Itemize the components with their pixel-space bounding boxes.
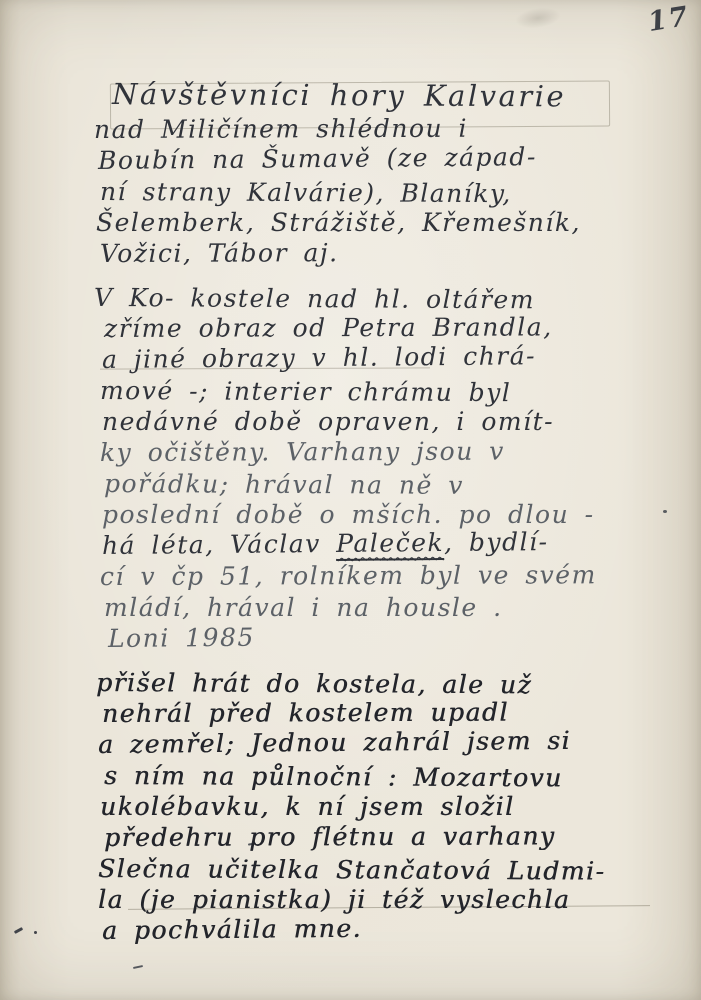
text-segment: poslední době o mších. po dlou - [102, 500, 595, 529]
text-segment: ky očištěny. Varhany jsou v [100, 437, 505, 467]
text-segment: Slečna učitelka Stančatová Ludmi- [98, 854, 605, 886]
text-segment: s ním na půlnoční : Mozartovu [104, 761, 563, 792]
text-segment: a pochválila mne. [102, 914, 362, 945]
text-segment: Vožici, Tábor aj. [100, 238, 339, 268]
text-segment: přišel hrát do kostela, ale už [96, 668, 532, 699]
paragraph: V Ko- kostele nad hl. oltářemzříme obraz… [94, 282, 642, 654]
text-segment: Loni 1985 [108, 623, 255, 653]
text-segment: , bydlí- [444, 527, 549, 557]
text-segment: Návštěvníci hory Kalvarie [112, 77, 566, 113]
page-number: 17 [646, 1, 692, 38]
handwritten-line: há léta, Václav Paleček, bydlí- [102, 525, 642, 561]
text-segment: la (je pianistka) ji též vyslechla [98, 885, 570, 914]
ink-speck [663, 510, 667, 513]
handwritten-line: ukolébavku, k ní jsem složil [100, 791, 642, 822]
text-segment: mové -; interier chrámu byl [100, 376, 512, 407]
text-segment: a jiné obrazy v hl. lodi chrá- [102, 341, 536, 374]
ink-speck [133, 965, 143, 969]
text-segment: nehrál před kostelem upadl [102, 698, 509, 728]
handwritten-line: Šelemberk, Strážiště, Křemešník, [96, 207, 642, 238]
handwritten-line: předehru pro flétnu a varhany [104, 820, 642, 853]
ink-speck [14, 927, 23, 934]
text-segment: Boubín na Šumavě (ze západ- [98, 142, 537, 175]
handwritten-line: Vožici, Tábor aj. [100, 236, 642, 269]
handwritten-line: Boubín na Šumavě (ze západ- [98, 140, 642, 176]
handwritten-line: Návštěvníci hory Kalvarie [112, 74, 642, 117]
underlined-word: Paleček [336, 528, 444, 561]
handwritten-line: ní strany Kalvárie), Blaníky, [100, 176, 642, 210]
text-segment: předehru pro flétnu a varhany [104, 821, 556, 852]
text-segment: cí v čp 51, rolníkem byl ve svém [100, 560, 597, 591]
text-segment: nad Miličínem shlédnou i [94, 114, 468, 144]
text-segment: zříme obraz od Petra Brandla, [104, 312, 553, 343]
handwritten-line: pořádku; hrával na ně v [104, 468, 642, 502]
ink-speck [34, 931, 37, 934]
text-segment: V Ko- kostele nad hl. oltářem [94, 283, 535, 314]
manuscript-text: Návštěvníci hory Kalvarienad Miličínem s… [94, 74, 642, 946]
manuscript-page: 17 Návštěvníci hory Kalvarienad Miličíne… [0, 0, 701, 1000]
pencil-smudge [514, 5, 562, 31]
handwritten-line: ky očištěny. Varhany jsou v [100, 435, 642, 468]
handwritten-line: Slečna učitelka Stančatová Ludmi- [98, 853, 642, 887]
text-segment: pořádku; hrával na ně v [104, 469, 464, 500]
handwritten-line: a zemřel; Jednou zahrál jsem si [98, 724, 642, 760]
handwritten-line: Loni 1985 [108, 618, 642, 654]
handwritten-line: a jiné obrazy v hl. lodi chrá- [102, 339, 642, 375]
paragraph: Návštěvníci hory Kalvarienad Miličínem s… [94, 74, 642, 269]
text-segment: ukolébavku, k ní jsem složil [100, 792, 514, 821]
text-segment: ní strany Kalvárie), Blaníky, [100, 177, 512, 208]
handwritten-line: a pochválila mne. [102, 910, 642, 946]
text-segment: a zemřel; Jednou zahrál jsem si [98, 726, 571, 759]
text-segment: nedávné době opraven, i omít- [102, 407, 554, 436]
handwritten-line: mové -; interier chrámu byl [100, 375, 642, 409]
handwritten-line: s ním na půlnoční : Mozartovu [104, 760, 642, 794]
text-segment: Šelemberk, Strážiště, Křemešník, [96, 208, 581, 237]
handwritten-line: cí v čp 51, rolníkem byl ve svém [100, 559, 642, 592]
paragraph: přišel hrát do kostela, ale užnehrál pře… [94, 667, 642, 946]
text-segment: há léta, Václav [102, 529, 336, 560]
text-segment: mládí, hrával i na housle . [104, 593, 503, 622]
handwritten-line: nedávné době opraven, i omít- [102, 406, 642, 437]
